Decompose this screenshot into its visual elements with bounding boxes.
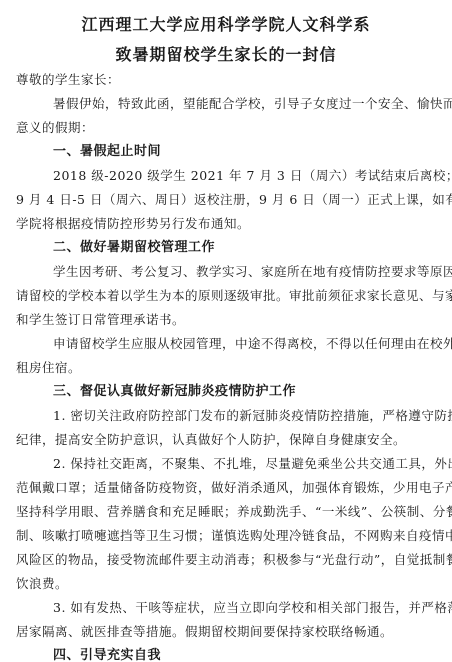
section-heading-2: 二、做好暑期留校管理工作 [53,240,215,256]
intro-line: 意义的假期： [16,120,428,136]
paragraph-line: 3. 如有发热、干咳等症状，应当立即向学校和相关部门报告，并严格落实 [53,600,428,616]
paragraph-line: 纪律，提高安全防护意识，认真做好个人防护，保障自身健康安全。 [16,432,428,448]
paragraph-line: 坚持科学用眼、营养膳食和充足睡眠；养成勤洗手、“一米线”、公筷制、分餐 [16,504,428,520]
paragraph-line: 请留校的学校本着以学生为本的原则逐级审批。审批前须征求家长意见、与家长 [16,288,428,304]
intro-line: 暑假伊始，特致此函，望能配合学校，引导子女度过一个安全、愉快而有 [53,96,428,112]
section-heading-3: 三、督促认真做好新冠肺炎疫情防护工作 [53,384,296,400]
paragraph-line: 2018 级-2020 级学生 2021 年 7 月 3 日（周六）考试结束后离… [53,168,428,184]
document-title: 江西理工大学应用科学学院人文科学系 [0,12,452,35]
paragraph-line: 9 月 4 日-5 日（周六、周日）返校注册，9 月 6 日（周一）正式上课，如… [16,192,428,208]
paragraph-line: 学院将根据疫情防控形势另行发布通知。 [16,216,428,232]
section-heading-1: 一、暑假起止时间 [53,144,161,160]
paragraph-line: 风险区的物品，接受物流邮件要主动消毒；积极参与“光盘行动”，自觉抵制餐 [16,552,428,568]
paragraph-line: 制、咳嗽打喷嚏遮挡等卫生习惯；谨慎选购处理冷链食品，不网购来自疫情中高 [16,528,428,544]
paragraph-line: 2. 保持社交距离，不聚集、不扎堆，尽量避免乘坐公共交通工具，外出规 [53,456,428,472]
paragraph-line: 和学生签订日常管理承诺书。 [16,312,428,328]
paragraph-line: 学生因考研、考公复习、教学实习、家庭所在地有疫情防控要求等原因申 [53,264,428,280]
document-subtitle: 致暑期留校学生家长的一封信 [0,42,452,65]
paragraph-line: 申请留校学生应服从校园管理，中途不得离校，不得以任何理由在校外 [53,336,428,352]
paragraph-line: 租房住宿。 [16,360,428,376]
paragraph-line: 范佩戴口罩；适量储备防疫物资，做好消杀通风，加强体育锻炼，少用电子产品， [16,480,428,496]
paragraph-line: 饮浪费。 [16,576,428,592]
salutation: 尊敬的学生家长： [16,72,428,88]
section-heading-4: 四、引导充实自我 [53,648,161,662]
paragraph-line: 1. 密切关注政府防控部门发布的新冠肺炎疫情防控措施，严格遵守防控 [53,408,428,424]
paragraph-line: 居家隔离、就医排查等措施。假期留校期间要保持家校联络畅通。 [16,624,428,640]
